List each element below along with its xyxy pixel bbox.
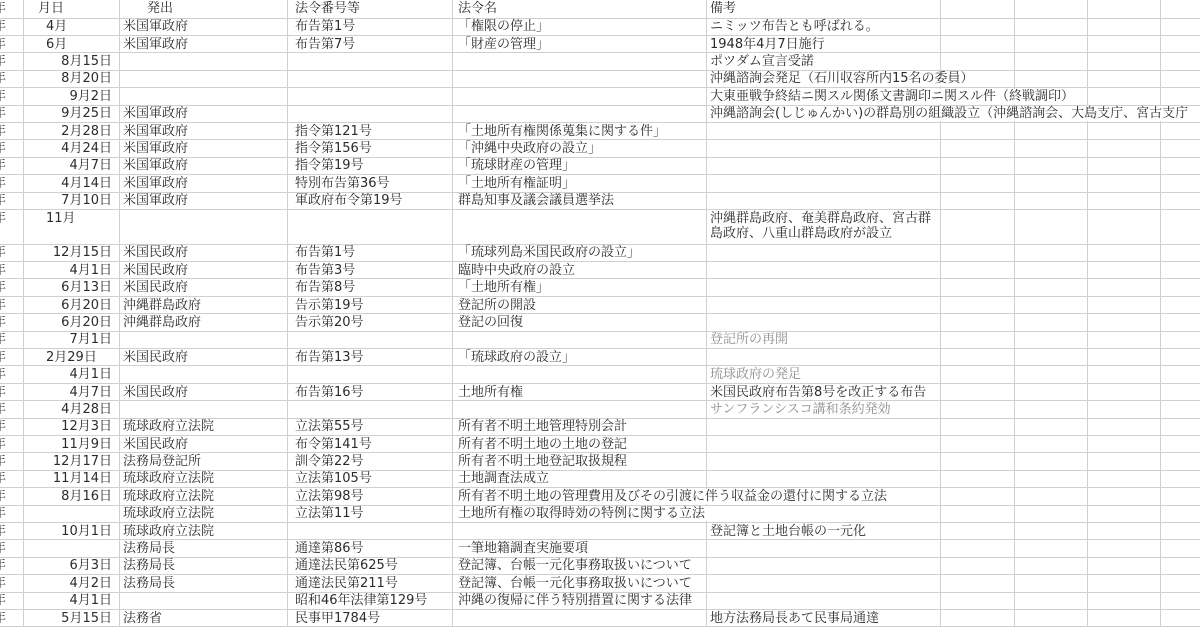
year-column-cell[interactable]: 年 [0, 88, 24, 105]
name-cell[interactable] [453, 610, 707, 627]
issuer-cell[interactable] [120, 71, 288, 88]
note-cell[interactable] [707, 593, 941, 610]
number-cell[interactable] [288, 523, 453, 540]
issuer-cell[interactable]: 米国民政府 [120, 384, 288, 401]
note-cell[interactable] [707, 193, 941, 210]
issuer-cell[interactable]: 米国民政府 [120, 262, 288, 279]
name-cell[interactable]: 一筆地籍調査実施要項 [453, 540, 707, 557]
date-cell[interactable]: 4月2日 [24, 575, 120, 592]
year-column-cell[interactable]: 年 [0, 523, 24, 540]
issuer-cell[interactable]: 沖縄群島政府 [120, 314, 288, 331]
issuer-cell[interactable]: 米国民政府 [120, 279, 288, 296]
name-cell[interactable] [453, 523, 707, 540]
issuer-cell[interactable]: 法務局登記所 [120, 453, 288, 470]
date-cell[interactable]: 4月14日 [24, 175, 120, 192]
empty-cell[interactable] [1015, 314, 1088, 331]
name-cell[interactable]: 登記所の開設 [453, 297, 707, 314]
name-cell[interactable] [453, 366, 707, 383]
empty-cell[interactable] [1161, 575, 1200, 592]
number-cell[interactable]: 布告第7号 [288, 36, 453, 53]
empty-cell[interactable] [941, 506, 1015, 523]
empty-cell[interactable] [941, 453, 1015, 470]
date-cell[interactable]: 10月1日 [24, 523, 120, 540]
year-column-cell[interactable]: 年 [0, 436, 24, 453]
number-cell[interactable]: 特別布告第36号 [288, 175, 453, 192]
date-cell[interactable]: 4月 [24, 19, 120, 36]
empty-cell[interactable] [1161, 610, 1200, 627]
empty-cell[interactable] [1088, 488, 1161, 505]
col-header-note[interactable]: 備考 [707, 0, 941, 19]
note-cell[interactable]: 沖縄諮詢会発足（石川収容所内15名の委員） [707, 71, 941, 88]
empty-cell[interactable] [1161, 558, 1200, 575]
empty-cell[interactable] [1015, 488, 1088, 505]
issuer-cell[interactable]: 米国軍政府 [120, 140, 288, 157]
empty-cell[interactable] [1088, 540, 1161, 557]
empty-cell[interactable] [941, 19, 1015, 36]
empty-cell[interactable] [1161, 401, 1200, 418]
empty-cell[interactable] [1015, 523, 1088, 540]
empty-cell[interactable] [1088, 297, 1161, 314]
col-header-number[interactable]: 法令番号等 [288, 0, 453, 19]
date-cell[interactable]: 8月16日 [24, 488, 120, 505]
issuer-cell[interactable] [120, 401, 288, 418]
name-cell[interactable] [453, 401, 707, 418]
empty-cell[interactable] [1161, 523, 1200, 540]
date-cell[interactable]: 12月17日 [24, 453, 120, 470]
empty-cell[interactable] [1015, 593, 1088, 610]
empty-cell[interactable] [1161, 193, 1200, 210]
year-column-cell[interactable]: 年 [0, 262, 24, 279]
note-cell[interactable]: 大東亜戦争終結ニ関スル関係文書調印ニ関スル件（終戦調印） [707, 88, 941, 105]
empty-cell[interactable] [1088, 262, 1161, 279]
year-column-cell[interactable]: 年 [0, 506, 24, 523]
number-cell[interactable]: 布告第16号 [288, 384, 453, 401]
date-cell[interactable]: 9月25日 [24, 106, 120, 123]
year-column-cell[interactable]: 年 [0, 593, 24, 610]
date-cell[interactable] [24, 506, 120, 523]
name-cell[interactable]: 群島知事及議会議員選挙法 [453, 193, 707, 210]
empty-cell[interactable] [1161, 175, 1200, 192]
empty-cell[interactable] [1161, 53, 1200, 70]
empty-cell[interactable] [1161, 453, 1200, 470]
date-cell[interactable]: 11月 [24, 210, 120, 245]
empty-cell[interactable] [1015, 297, 1088, 314]
note-cell[interactable] [707, 506, 941, 523]
year-column-cell[interactable]: 年 [0, 279, 24, 296]
empty-cell[interactable] [1088, 53, 1161, 70]
year-column-cell[interactable]: 年 [0, 158, 24, 175]
year-column-cell[interactable]: 年 [0, 366, 24, 383]
empty-cell[interactable] [1015, 175, 1088, 192]
empty-cell[interactable] [1161, 0, 1200, 19]
issuer-cell[interactable]: 米国民政府 [120, 349, 288, 366]
empty-cell[interactable] [941, 366, 1015, 383]
empty-cell[interactable] [941, 349, 1015, 366]
empty-cell[interactable] [1015, 123, 1088, 140]
note-cell[interactable]: ポツダム宣言受諾 [707, 53, 941, 70]
empty-cell[interactable] [1161, 366, 1200, 383]
empty-cell[interactable] [941, 175, 1015, 192]
empty-cell[interactable] [1015, 349, 1088, 366]
name-cell[interactable] [453, 106, 707, 123]
year-column-cell[interactable]: 年 [0, 245, 24, 262]
year-column-cell[interactable]: 年 [0, 471, 24, 488]
issuer-cell[interactable]: 米国軍政府 [120, 175, 288, 192]
empty-cell[interactable] [1088, 471, 1161, 488]
date-cell[interactable]: 4月7日 [24, 158, 120, 175]
empty-cell[interactable] [1088, 279, 1161, 296]
empty-cell[interactable] [1161, 488, 1200, 505]
empty-cell[interactable] [941, 279, 1015, 296]
empty-cell[interactable] [1088, 332, 1161, 349]
number-cell[interactable]: 立法第11号 [288, 506, 453, 523]
empty-cell[interactable] [1088, 245, 1161, 262]
number-cell[interactable]: 立法第55号 [288, 419, 453, 436]
year-column-cell[interactable]: 年 [0, 53, 24, 70]
note-cell[interactable] [707, 436, 941, 453]
name-cell[interactable]: 所有者不明土地の管理費用及びその引渡に伴う収益金の還付に関する立法 [453, 488, 707, 505]
empty-cell[interactable] [1015, 140, 1088, 157]
note-cell[interactable] [707, 558, 941, 575]
name-cell[interactable]: 「琉球財産の管理」 [453, 158, 707, 175]
empty-cell[interactable] [941, 593, 1015, 610]
empty-cell[interactable] [1161, 297, 1200, 314]
year-column-cell[interactable]: 年 [0, 488, 24, 505]
date-cell[interactable]: 11月9日 [24, 436, 120, 453]
empty-cell[interactable] [1015, 453, 1088, 470]
date-cell[interactable]: 2月29日 [24, 349, 120, 366]
empty-cell[interactable] [1015, 436, 1088, 453]
date-cell[interactable]: 9月2日 [24, 88, 120, 105]
name-cell[interactable]: 登記の回復 [453, 314, 707, 331]
empty-cell[interactable] [1088, 314, 1161, 331]
empty-cell[interactable] [1015, 262, 1088, 279]
issuer-cell[interactable] [120, 88, 288, 105]
empty-cell[interactable] [1015, 0, 1088, 19]
empty-cell[interactable] [1015, 506, 1088, 523]
number-cell[interactable]: 通達法民第625号 [288, 558, 453, 575]
col-header-issuer[interactable]: 発出 [120, 0, 288, 19]
issuer-cell[interactable]: 米国軍政府 [120, 19, 288, 36]
number-cell[interactable] [288, 210, 453, 245]
issuer-cell[interactable]: 米国軍政府 [120, 36, 288, 53]
empty-cell[interactable] [1161, 419, 1200, 436]
number-cell[interactable]: 通達第86号 [288, 540, 453, 557]
name-cell[interactable] [453, 210, 707, 245]
col-header-name[interactable]: 法令名 [453, 0, 707, 19]
issuer-cell[interactable]: 琉球政府立法院 [120, 419, 288, 436]
name-cell[interactable]: 土地所有権の取得時効の特例に関する立法 [453, 506, 707, 523]
date-cell[interactable]: 7月10日 [24, 193, 120, 210]
name-cell[interactable]: 「土地所有権」 [453, 279, 707, 296]
number-cell[interactable]: 昭和46年法律第129号 [288, 593, 453, 610]
number-cell[interactable]: 布告第8号 [288, 279, 453, 296]
empty-cell[interactable] [1088, 0, 1161, 19]
empty-cell[interactable] [1015, 366, 1088, 383]
issuer-cell[interactable]: 米国軍政府 [120, 123, 288, 140]
empty-cell[interactable] [1088, 158, 1161, 175]
number-cell[interactable]: 指令第19号 [288, 158, 453, 175]
year-column-cell[interactable]: 年 [0, 123, 24, 140]
number-cell[interactable]: 民事甲1784号 [288, 610, 453, 627]
empty-cell[interactable] [941, 471, 1015, 488]
empty-cell[interactable] [941, 540, 1015, 557]
year-column-cell[interactable]: 年 [0, 332, 24, 349]
empty-cell[interactable] [1161, 384, 1200, 401]
number-cell[interactable]: 通達法民第211号 [288, 575, 453, 592]
date-cell[interactable]: 5月15日 [24, 610, 120, 627]
name-cell[interactable] [453, 332, 707, 349]
empty-cell[interactable] [941, 0, 1015, 19]
empty-cell[interactable] [1088, 401, 1161, 418]
empty-cell[interactable] [1161, 88, 1200, 105]
name-cell[interactable]: 登記簿、台帳一元化事務取扱いについて [453, 575, 707, 592]
col-header-date[interactable]: 月日 [24, 0, 120, 19]
empty-cell[interactable] [941, 158, 1015, 175]
note-cell[interactable] [707, 158, 941, 175]
empty-cell[interactable] [941, 575, 1015, 592]
empty-cell[interactable] [1015, 19, 1088, 36]
empty-cell[interactable] [941, 140, 1015, 157]
note-cell[interactable] [707, 575, 941, 592]
empty-cell[interactable] [1015, 610, 1088, 627]
date-cell[interactable]: 6月20日 [24, 297, 120, 314]
empty-cell[interactable] [941, 123, 1015, 140]
empty-cell[interactable] [1015, 193, 1088, 210]
empty-cell[interactable] [941, 401, 1015, 418]
date-cell[interactable]: 4月1日 [24, 593, 120, 610]
note-cell[interactable] [707, 245, 941, 262]
number-cell[interactable] [288, 366, 453, 383]
empty-cell[interactable] [1161, 245, 1200, 262]
number-cell[interactable]: 布令第141号 [288, 436, 453, 453]
year-column-cell[interactable]: 年 [0, 314, 24, 331]
number-cell[interactable]: 立法第98号 [288, 488, 453, 505]
empty-cell[interactable] [1015, 384, 1088, 401]
empty-cell[interactable] [1015, 332, 1088, 349]
empty-cell[interactable] [1015, 36, 1088, 53]
note-cell[interactable] [707, 453, 941, 470]
empty-cell[interactable] [1015, 575, 1088, 592]
empty-cell[interactable] [1161, 19, 1200, 36]
date-cell[interactable]: 6月20日 [24, 314, 120, 331]
name-cell[interactable]: 臨時中央政府の設立 [453, 262, 707, 279]
year-column-cell[interactable]: 年 [0, 106, 24, 123]
year-column-cell[interactable]: 年 [0, 297, 24, 314]
empty-cell[interactable] [1161, 593, 1200, 610]
year-column-cell[interactable]: 年 [0, 558, 24, 575]
note-cell[interactable]: 1948年4月7日施行 [707, 36, 941, 53]
year-column-cell[interactable]: 年 [0, 210, 24, 245]
name-cell[interactable] [453, 71, 707, 88]
empty-cell[interactable] [1015, 53, 1088, 70]
empty-cell[interactable] [941, 193, 1015, 210]
empty-cell[interactable] [941, 297, 1015, 314]
date-cell[interactable]: 4月7日 [24, 384, 120, 401]
note-cell[interactable] [707, 140, 941, 157]
empty-cell[interactable] [1088, 575, 1161, 592]
name-cell[interactable]: 「琉球政府の設立」 [453, 349, 707, 366]
empty-cell[interactable] [1161, 210, 1200, 245]
name-cell[interactable]: 所有者不明土地登記取扱規程 [453, 453, 707, 470]
note-cell[interactable]: 登記所の再開 [707, 332, 941, 349]
note-cell[interactable] [707, 175, 941, 192]
name-cell[interactable] [453, 88, 707, 105]
date-cell[interactable]: 4月1日 [24, 262, 120, 279]
number-cell[interactable] [288, 53, 453, 70]
issuer-cell[interactable]: 琉球政府立法院 [120, 488, 288, 505]
name-cell[interactable] [453, 53, 707, 70]
empty-cell[interactable] [1161, 540, 1200, 557]
empty-cell[interactable] [1088, 366, 1161, 383]
note-cell[interactable] [707, 262, 941, 279]
date-cell[interactable]: 11月14日 [24, 471, 120, 488]
year-column-cell[interactable]: 年 [0, 540, 24, 557]
issuer-cell[interactable] [120, 366, 288, 383]
empty-cell[interactable] [1088, 419, 1161, 436]
note-cell[interactable] [707, 123, 941, 140]
empty-cell[interactable] [1161, 314, 1200, 331]
year-column-cell[interactable]: 年 [0, 453, 24, 470]
note-cell[interactable] [707, 419, 941, 436]
note-cell[interactable]: 琉球政府の発足 [707, 366, 941, 383]
empty-cell[interactable] [1088, 210, 1161, 245]
empty-cell[interactable] [941, 523, 1015, 540]
empty-cell[interactable] [1088, 193, 1161, 210]
number-cell[interactable] [288, 106, 453, 123]
note-cell[interactable]: 沖縄諮詢会(しじゅんかい)の群島別の組織設立（沖縄諮詢会、大島支庁、宮古支庁 [707, 106, 941, 123]
empty-cell[interactable] [941, 262, 1015, 279]
empty-cell[interactable] [1161, 471, 1200, 488]
name-cell[interactable]: 所有者不明土地管理特別会計 [453, 419, 707, 436]
date-cell[interactable]: 4月24日 [24, 140, 120, 157]
number-cell[interactable]: 立法第105号 [288, 471, 453, 488]
year-column-cell[interactable]: 年 [0, 36, 24, 53]
empty-cell[interactable] [1015, 245, 1088, 262]
empty-cell[interactable] [1088, 610, 1161, 627]
empty-cell[interactable] [1088, 19, 1161, 36]
empty-cell[interactable] [941, 314, 1015, 331]
empty-cell[interactable] [1088, 453, 1161, 470]
issuer-cell[interactable] [120, 53, 288, 70]
empty-cell[interactable] [941, 210, 1015, 245]
issuer-cell[interactable]: 琉球政府立法院 [120, 471, 288, 488]
issuer-cell[interactable] [120, 332, 288, 349]
number-cell[interactable]: 軍政府布令第19号 [288, 193, 453, 210]
number-cell[interactable]: 布告第3号 [288, 262, 453, 279]
number-cell[interactable]: 告示第20号 [288, 314, 453, 331]
empty-cell[interactable] [1015, 71, 1088, 88]
name-cell[interactable]: 「沖縄中央政府の設立」 [453, 140, 707, 157]
empty-cell[interactable] [1088, 349, 1161, 366]
date-cell[interactable]: 2月28日 [24, 123, 120, 140]
issuer-cell[interactable]: 法務局長 [120, 540, 288, 557]
name-cell[interactable]: 沖縄の復帰に伴う特別措置に関する法律 [453, 593, 707, 610]
issuer-cell[interactable]: 琉球政府立法院 [120, 523, 288, 540]
note-cell[interactable] [707, 540, 941, 557]
empty-cell[interactable] [1161, 262, 1200, 279]
date-cell[interactable]: 8月20日 [24, 71, 120, 88]
empty-cell[interactable] [1015, 471, 1088, 488]
empty-cell[interactable] [941, 245, 1015, 262]
number-cell[interactable] [288, 332, 453, 349]
empty-cell[interactable] [941, 610, 1015, 627]
issuer-cell[interactable]: 沖縄群島政府 [120, 297, 288, 314]
empty-cell[interactable] [1161, 349, 1200, 366]
name-cell[interactable]: 「財産の管理」 [453, 36, 707, 53]
issuer-cell[interactable]: 法務局長 [120, 558, 288, 575]
note-cell[interactable] [707, 314, 941, 331]
empty-cell[interactable] [1161, 436, 1200, 453]
empty-cell[interactable] [1088, 506, 1161, 523]
empty-cell[interactable] [1088, 36, 1161, 53]
empty-cell[interactable] [941, 436, 1015, 453]
issuer-cell[interactable]: 琉球政府立法院 [120, 506, 288, 523]
year-column-cell[interactable]: 年 [0, 193, 24, 210]
date-cell[interactable]: 6月3日 [24, 558, 120, 575]
empty-cell[interactable] [1088, 88, 1161, 105]
issuer-cell[interactable]: 法務省 [120, 610, 288, 627]
empty-cell[interactable] [1161, 332, 1200, 349]
empty-cell[interactable] [941, 36, 1015, 53]
empty-cell[interactable] [1161, 140, 1200, 157]
number-cell[interactable]: 告示第19号 [288, 297, 453, 314]
year-column-cell[interactable]: 年 [0, 401, 24, 418]
number-cell[interactable]: 訓令第22号 [288, 453, 453, 470]
empty-cell[interactable] [1088, 436, 1161, 453]
note-cell[interactable]: 沖縄群島政府、奄美群島政府、宮古群島政府、八重山群島政府が設立 [707, 210, 941, 245]
issuer-cell[interactable]: 法務局長 [120, 575, 288, 592]
empty-cell[interactable] [1015, 210, 1088, 245]
empty-cell[interactable] [1015, 158, 1088, 175]
note-cell[interactable] [707, 471, 941, 488]
name-cell[interactable]: 「琉球列島米国民政府の設立」 [453, 245, 707, 262]
issuer-cell[interactable] [120, 210, 288, 245]
note-cell[interactable]: サンフランシスコ講和条約発効 [707, 401, 941, 418]
year-column-cell[interactable]: 年 [0, 140, 24, 157]
date-cell[interactable]: 6月13日 [24, 279, 120, 296]
number-cell[interactable] [288, 401, 453, 418]
empty-cell[interactable] [1088, 384, 1161, 401]
empty-cell[interactable] [1088, 175, 1161, 192]
empty-cell[interactable] [1161, 36, 1200, 53]
empty-cell[interactable] [1088, 523, 1161, 540]
issuer-cell[interactable]: 米国軍政府 [120, 106, 288, 123]
note-cell[interactable] [707, 279, 941, 296]
empty-cell[interactable] [1088, 123, 1161, 140]
year-column-cell[interactable]: 年 [0, 384, 24, 401]
date-cell[interactable]: 8月15日 [24, 53, 120, 70]
name-cell[interactable]: 「権限の停止」 [453, 19, 707, 36]
empty-cell[interactable] [1015, 419, 1088, 436]
year-column-cell[interactable]: 年 [0, 175, 24, 192]
empty-cell[interactable] [1015, 558, 1088, 575]
number-cell[interactable]: 布告第13号 [288, 349, 453, 366]
year-column-cell[interactable]: 年 [0, 575, 24, 592]
note-cell[interactable]: 地方法務局長あて民事局通達 [707, 610, 941, 627]
empty-cell[interactable] [1088, 558, 1161, 575]
number-cell[interactable] [288, 71, 453, 88]
year-column-cell[interactable]: 年 [0, 0, 24, 19]
note-cell[interactable]: 米国民政府布告第8号を改正する布告 [707, 384, 941, 401]
date-cell[interactable]: 12月3日 [24, 419, 120, 436]
note-cell[interactable] [707, 349, 941, 366]
name-cell[interactable]: 「土地所有権関係蒐集に関する件」 [453, 123, 707, 140]
empty-cell[interactable] [941, 419, 1015, 436]
number-cell[interactable] [288, 88, 453, 105]
issuer-cell[interactable]: 米国民政府 [120, 245, 288, 262]
empty-cell[interactable] [941, 558, 1015, 575]
